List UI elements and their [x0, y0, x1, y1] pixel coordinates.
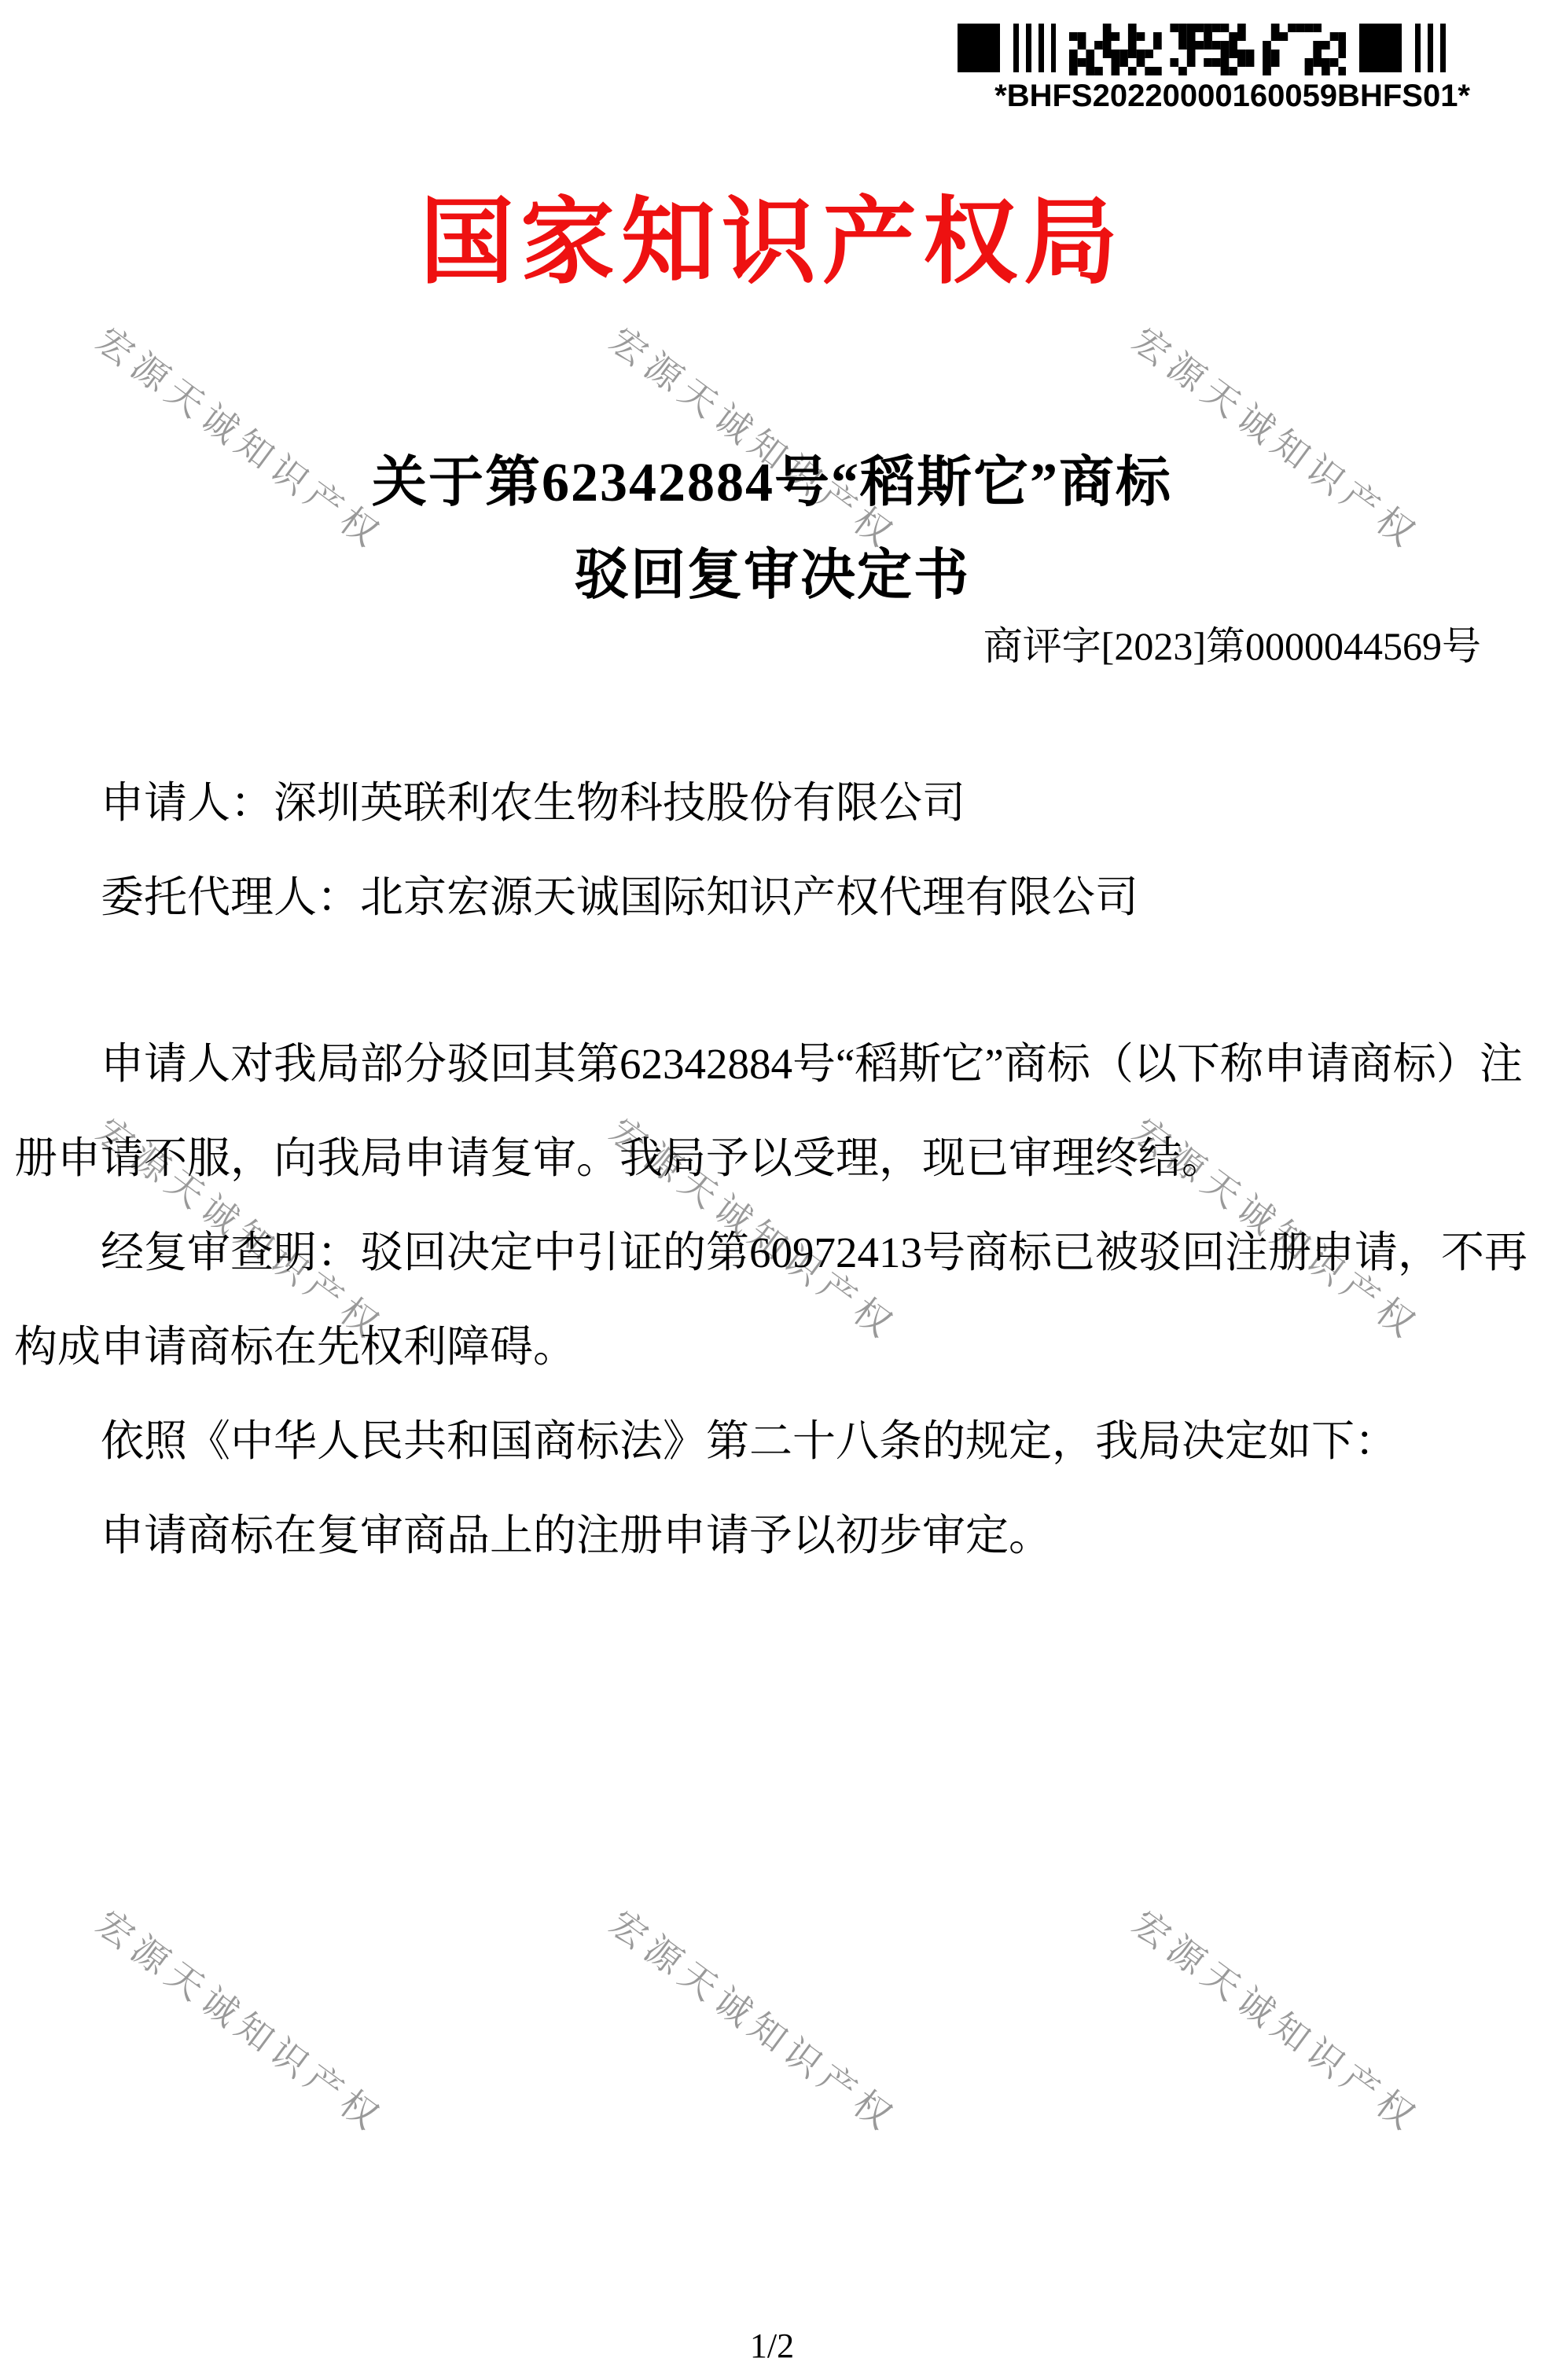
barcode-graphic	[958, 24, 1470, 75]
document-body: 申请人：深圳英联利农生物科技股份有限公司 委托代理人：北京宏源天诚国际知识产权代…	[14, 756, 1531, 1583]
body-paragraph: 申请商标在复审商品上的注册申请予以初步审定。	[14, 1489, 1531, 1583]
barcode-stripe-bars	[1415, 24, 1453, 72]
agent-line: 委托代理人：北京宏源天诚国际知识产权代理有限公司	[14, 850, 1531, 945]
watermark-text: 宏源天诚知识产权	[1123, 1896, 1432, 2143]
barcode-gap	[1402, 24, 1415, 72]
body-paragraph: 申请人对我局部分驳回其第62342884号“稻斯它”商标（以下称申请商标）注册申…	[14, 1017, 1531, 1206]
barcode-text: *BHFS20220000160059BHFS01*	[958, 79, 1470, 114]
page-number: 1/2	[0, 2326, 1544, 2366]
barcode-block: *BHFS20220000160059BHFS01*	[958, 24, 1470, 114]
authority-title: 国家知识产权局	[0, 167, 1544, 302]
applicant-line: 申请人：深圳英联利农生物科技股份有限公司	[14, 756, 1531, 850]
document-title: 关于第62342884号“稻斯它”商标 驳回复审决定书	[0, 437, 1544, 623]
document-title-line2: 驳回复审决定书	[0, 530, 1544, 623]
body-paragraph: 依照《中华人民共和国商标法》第二十八条的规定，我局决定如下：	[14, 1394, 1531, 1489]
barcode-solid-bar	[1359, 24, 1402, 72]
body-paragraph: 经复审查明：驳回决定中引证的第60972413号商标已被驳回注册申请，不再构成申…	[14, 1206, 1531, 1394]
barcode-solid-bar	[958, 24, 1000, 72]
watermark-text: 宏源天诚知识产权	[87, 1896, 396, 2143]
barcode-gap	[1056, 24, 1069, 72]
document-page: 宏源天诚知识产权 宏源天诚知识产权 宏源天诚知识产权 宏源天诚知识产权 宏源天诚…	[0, 0, 1544, 2380]
barcode-matrix	[1069, 24, 1346, 75]
reference-number: 商评字[2023]第0000044569号	[983, 615, 1481, 671]
barcode-gap	[1000, 24, 1013, 72]
watermark-text: 宏源天诚知识产权	[601, 1896, 910, 2143]
barcode-stripe-bars	[1013, 24, 1056, 72]
document-title-line1: 关于第62342884号“稻斯它”商标	[0, 437, 1544, 530]
barcode-gap	[1346, 24, 1359, 72]
